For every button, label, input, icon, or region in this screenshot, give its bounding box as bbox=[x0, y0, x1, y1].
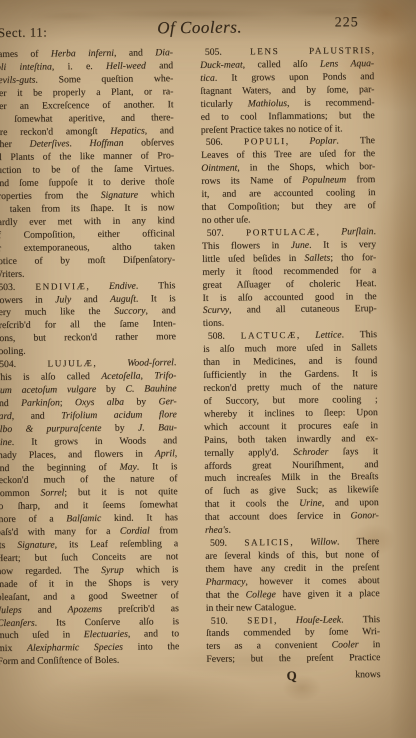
section-label: Sect. 11: bbox=[0, 24, 47, 41]
left-column: Names of Herba inferni, and Dia-boli int… bbox=[0, 47, 180, 687]
right-column-text: 505. Lens Palustris,Duck-meat, called al… bbox=[200, 45, 380, 667]
page-title: Of Coolers. bbox=[157, 17, 242, 38]
book-page: Sect. 11: Of Coolers. 225 Names of Herba… bbox=[0, 0, 416, 738]
page-content: Sect. 11: Of Coolers. 225 Names of Herba… bbox=[0, 0, 416, 687]
running-header: Sect. 11: Of Coolers. 225 bbox=[0, 18, 413, 44]
text-line: Fevers; but the preſent Practice bbox=[206, 652, 380, 667]
catchword: knows bbox=[355, 667, 380, 680]
signature-mark: Q bbox=[286, 668, 296, 684]
page-number: 225 bbox=[335, 15, 359, 31]
text-line: Form and Conſiſtence of Boles. bbox=[0, 654, 179, 669]
signature-line: Q knows bbox=[206, 667, 380, 685]
right-column: 505. Lens Palustris,Duck-meat, called al… bbox=[200, 45, 381, 685]
text-columns: Names of Herba inferni, and Dia-boli int… bbox=[0, 45, 416, 688]
